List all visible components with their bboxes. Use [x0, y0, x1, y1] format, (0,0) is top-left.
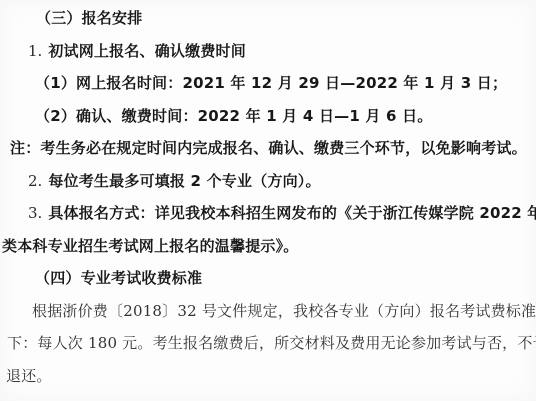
- list-item-1-text: 初试网上报名、确认缴费时间: [48, 42, 246, 60]
- fee-paragraph-line-1: 根据浙价费〔2018〕32 号文件规定，我校各专业（方向）报名考试费标准如: [32, 295, 536, 328]
- fee-paragraph-line-3: 退还。: [6, 360, 536, 393]
- list-item-1: 1.初试网上报名、确认缴费时间: [28, 35, 536, 68]
- note-line: 注：考生务必在规定时间内完成报名、确认、缴费三个环节，以免影响考试。: [10, 132, 536, 165]
- list-item-3-number: 3.: [28, 204, 42, 222]
- list-item-3-wrapped-line: 类本科专业招生考试网上报名的温馨提示》。: [2, 230, 536, 263]
- list-item-2-text: 每位考生最多可填报 2 个专业（方向）。: [48, 172, 320, 190]
- list-item-3-text: 具体报名方式：详见我校本科招生网发布的《关于浙江传媒学院 2022 年艺术: [48, 204, 536, 222]
- fee-paragraph-line-2: 下：每人次 180 元。考生报名缴费后，所交材料及费用无论参加考试与否，不予: [7, 327, 536, 360]
- sub-item-2: （2）确认、缴费时间：2022 年 1 月 4 日—1 月 6 日。: [35, 100, 536, 133]
- section-4-heading: （四）专业考试收费标准: [35, 262, 536, 295]
- document-page: （三）报名安排 1.初试网上报名、确认缴费时间 （1）网上报名时间：2021 年…: [0, 0, 536, 401]
- list-item-3: 3.具体报名方式：详见我校本科招生网发布的《关于浙江传媒学院 2022 年艺术: [28, 197, 536, 230]
- list-item-2-number: 2.: [28, 172, 42, 190]
- section-3-heading: （三）报名安排: [36, 2, 536, 35]
- list-item-2: 2.每位考生最多可填报 2 个专业（方向）。: [28, 165, 536, 198]
- list-item-1-number: 1.: [28, 42, 42, 60]
- sub-item-1: （1）网上报名时间：2021 年 12 月 29 日—2022 年 1 月 3 …: [35, 67, 536, 100]
